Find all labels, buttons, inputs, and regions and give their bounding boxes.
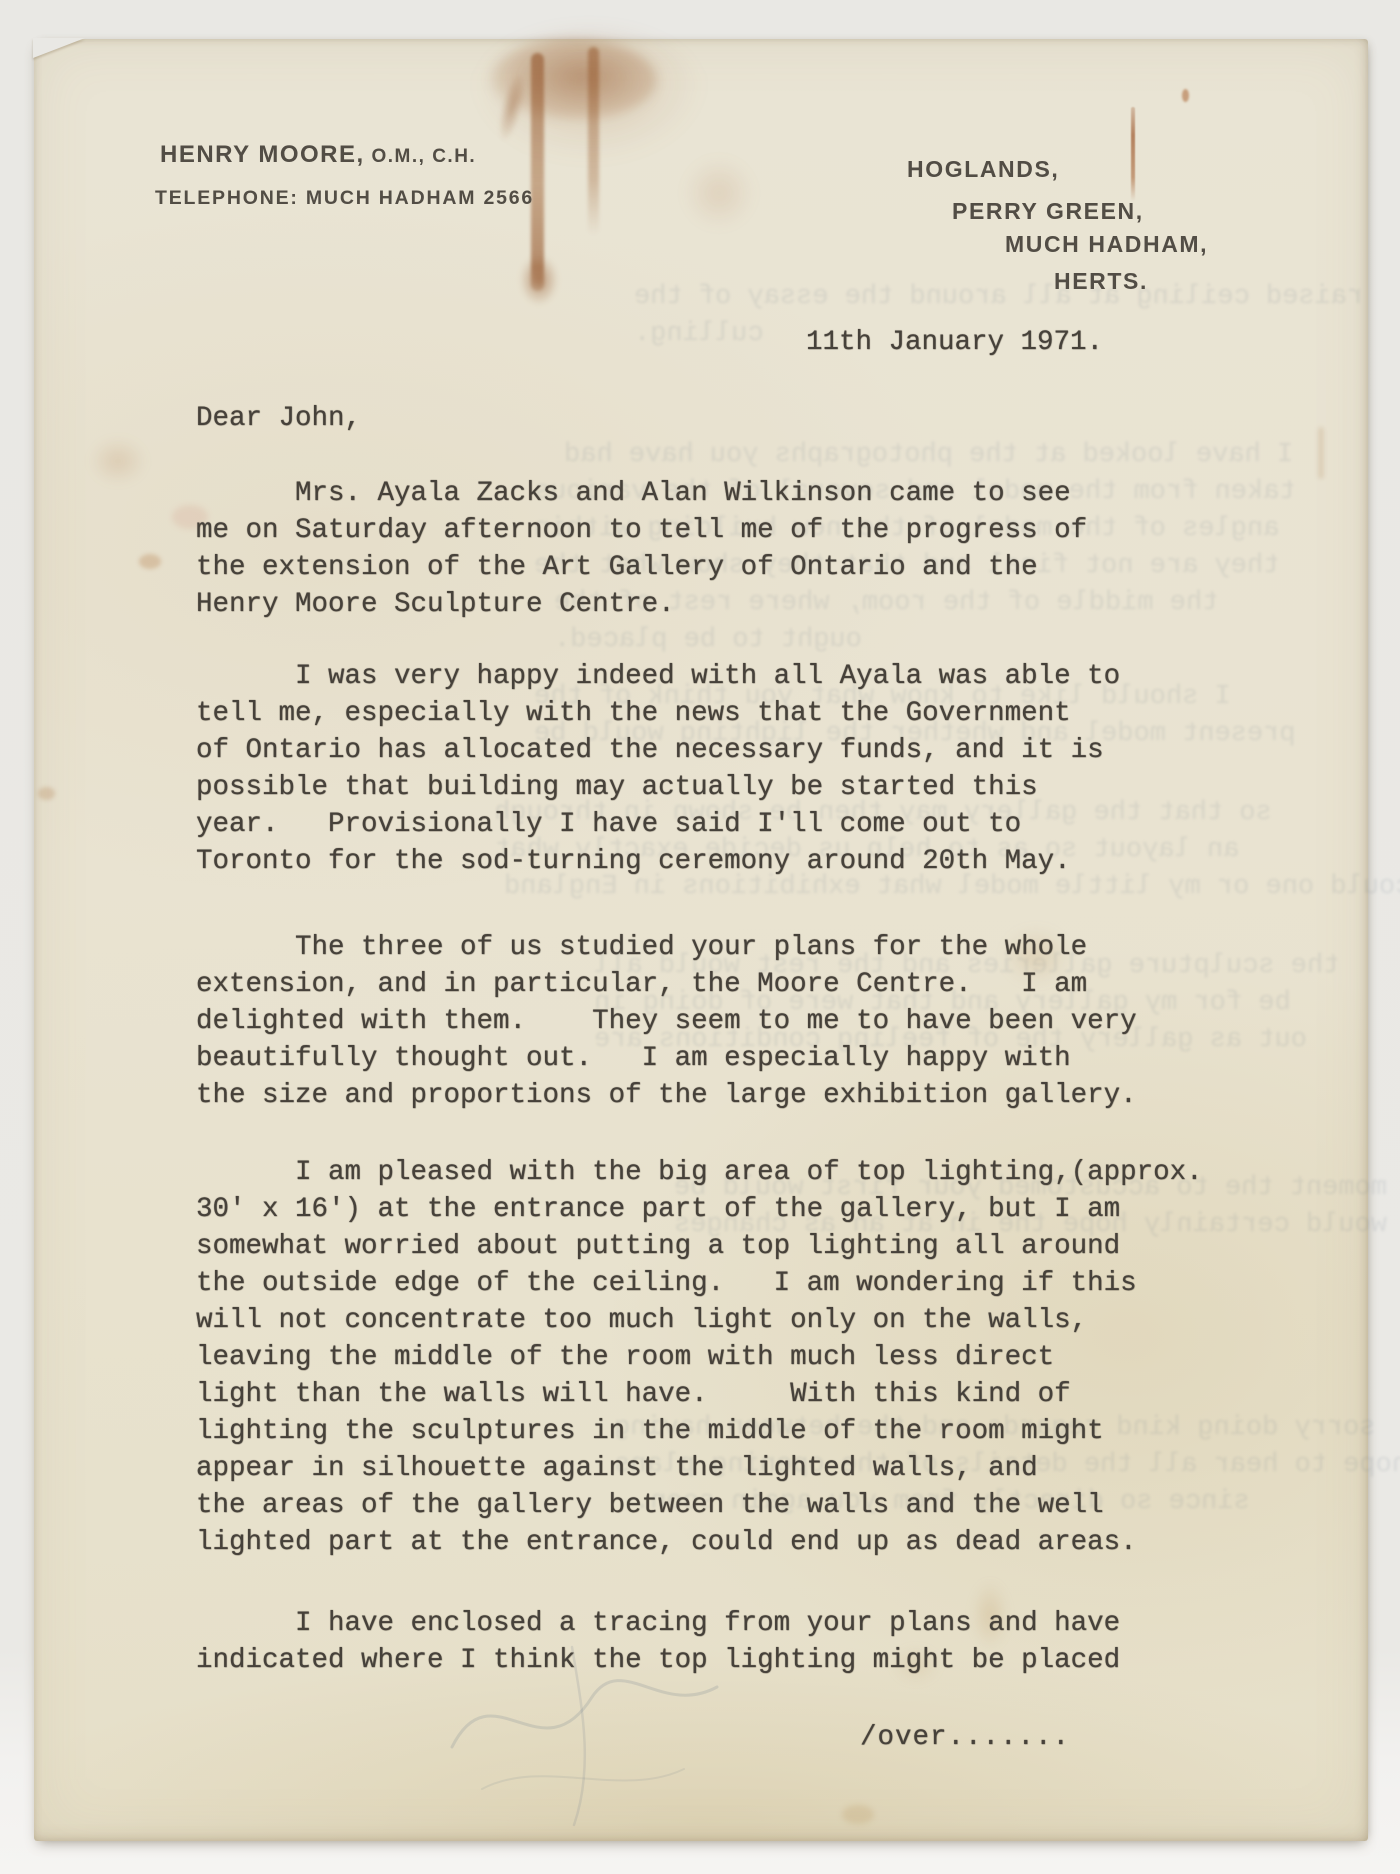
stain-left-spot: [139, 554, 161, 569]
letterhead-telephone: TELEPHONE: MUCH HADHAM 2566: [155, 187, 534, 210]
letterhead-name: HENRY MOORE, O.M., C.H.: [160, 141, 476, 171]
paragraph: Mrs. Ayala Zacks and Alan Wilkinson came…: [196, 475, 1087, 623]
paragraph: I am pleased with the big area of top li…: [196, 1154, 1203, 1561]
stain-rust-hook: [494, 72, 530, 143]
stain-bottom-spot: [842, 1805, 874, 1824]
stain-rust-drip-blob: [520, 255, 558, 305]
letterhead-name-main: HENRY MOORE,: [160, 141, 365, 168]
letter-scan: { "colors": { "background": "#e9e8e4", "…: [0, 0, 1400, 1874]
ghost-text-line: I have looked at the photographs you hav…: [564, 437, 1293, 474]
stain-rust-dot-right: [1182, 89, 1189, 102]
stain-rust-smudge-top: [489, 39, 657, 121]
letterhead-honours: O.M., C.H.: [365, 146, 477, 167]
letter-page: raised ceiling at all around the essay o…: [34, 39, 1368, 1841]
salutation: Dear John,: [196, 400, 361, 437]
stain-rust-drip-1: [531, 53, 544, 291]
stain-rust-drip-2: [588, 47, 599, 235]
letterhead-address-line: MUCH HADHAM,: [1005, 231, 1208, 258]
letterhead-address-line: HERTS.: [1054, 268, 1148, 295]
ghost-text-line: raised ceiling at all around the essay o…: [634, 279, 1363, 316]
date-line: 11th January 1971.: [806, 324, 1103, 361]
letterhead-address-line: PERRY GREEN,: [952, 198, 1144, 225]
continuation-mark: /over.......: [860, 1719, 1070, 1756]
paragraph: I have enclosed a tracing from your plan…: [196, 1605, 1120, 1679]
stain-left-edge-spot: [38, 787, 55, 800]
letterhead-address-line: HOGLANDS,: [907, 156, 1059, 183]
stain-left-smudge: [89, 437, 147, 485]
stain-rust-line-right: [1131, 107, 1135, 201]
paper-corner-fold: [33, 38, 85, 58]
ghost-text-line: ought to be placed.: [554, 622, 862, 659]
paragraph: The three of us studied your plans for t…: [196, 929, 1137, 1114]
stain-faint-smudge: [682, 157, 756, 229]
ghost-text-line: culling.: [634, 316, 764, 353]
stain-right-edge-mark: [1318, 427, 1324, 479]
paragraph: I was very happy indeed with all Ayala w…: [196, 658, 1120, 880]
stain-rust-halo: [474, 31, 704, 161]
